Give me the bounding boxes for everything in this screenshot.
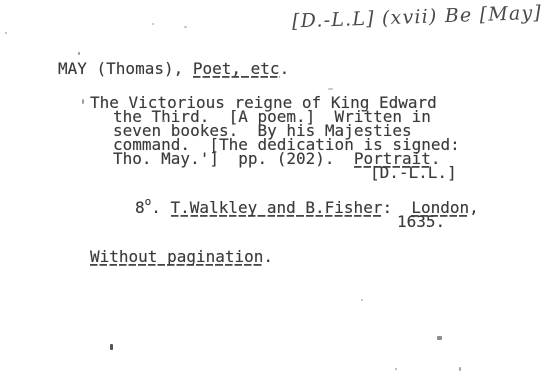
ink-speck	[110, 344, 113, 350]
heading-period: .	[280, 59, 290, 78]
pagination-note-text: Without pagination	[90, 247, 263, 266]
format-number: 8	[135, 198, 145, 217]
pagination-note: Without pagination.	[90, 248, 273, 266]
publisher: T.Walkley and B.Fisher	[171, 198, 383, 217]
ink-speck	[162, 120, 165, 122]
imprint-year: 1635.	[397, 213, 445, 231]
handwritten-shelfmark-note: [D.-L.L] (xvii) Be [May]	[292, 2, 549, 33]
ink-speck	[437, 336, 442, 340]
format-period: .	[151, 198, 170, 217]
heading-line: MAY (Thomas), Poet, etc.	[58, 60, 289, 78]
heading-descriptor: Poet, etc	[193, 59, 280, 78]
ink-speck	[152, 23, 154, 25]
format-superscript: o	[145, 195, 152, 208]
catalog-card: [D.-L.L] (xvii) Be [May] MAY (Thomas), P…	[0, 0, 550, 374]
heading-author: MAY (Thomas),	[58, 59, 193, 78]
shelfmark: [D.-L.L.]	[370, 164, 457, 182]
ink-speck	[184, 26, 187, 28]
ink-speck	[82, 99, 84, 104]
ink-speck	[78, 52, 80, 55]
ink-speck	[395, 368, 397, 370]
ink-speck	[328, 88, 333, 90]
place-comma: ,	[469, 198, 479, 217]
ink-speck	[5, 32, 7, 34]
ink-speck	[361, 299, 363, 301]
pagination-note-period: .	[263, 247, 273, 266]
entry-line-5-text: Tho. May.'] pp. (202).	[113, 149, 354, 168]
ink-speck	[459, 367, 461, 371]
